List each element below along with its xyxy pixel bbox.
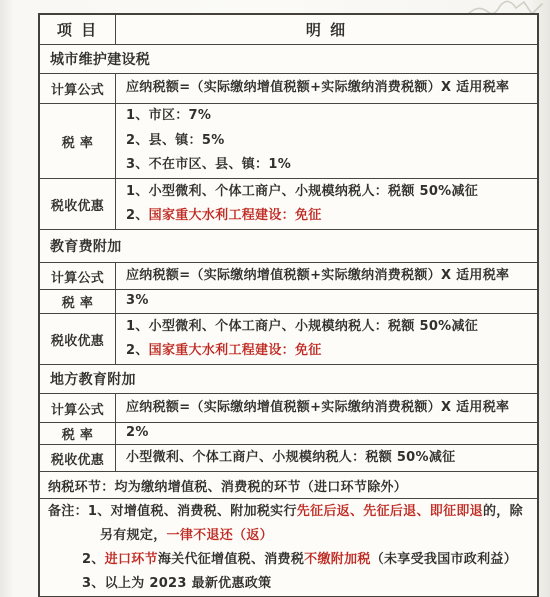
- rate-item: 3、不在市区、县、镇：1%: [126, 153, 529, 178]
- section-title-city-tax: 城市维护建设税: [40, 44, 537, 73]
- remark-line-1-continued: 另有规定，一律不退还（返）: [100, 524, 531, 548]
- rate-item: 1、市区：7%: [126, 104, 529, 129]
- text-segment: 2、: [82, 552, 105, 567]
- red-highlight-text: 国家重大水利工程建设：免征: [149, 208, 322, 223]
- rate-label: 税 率: [40, 104, 116, 178]
- formula-text: 应纳税额=（实际缴纳增值税额+实际缴纳消费税额）X 适用税率: [126, 264, 529, 289]
- remark-line-3: 3、以上为 2023 最新优惠政策: [82, 572, 531, 596]
- text-segment: 另有规定，: [100, 528, 167, 543]
- formula-label: 计算公式: [40, 74, 116, 103]
- red-highlight-text: 进口环节: [105, 552, 158, 567]
- text-segment: 1、: [88, 504, 111, 519]
- red-highlight-text: 不缴附加税: [304, 552, 371, 567]
- column-header-item: 项 目: [40, 15, 116, 44]
- edu-surcharge-rate-row: 税 率 3%: [40, 289, 537, 313]
- rate-value: 3%: [126, 289, 529, 314]
- incentive-item: 2、国家重大水利工程建设：免征: [126, 339, 529, 364]
- city-tax-incentive-row: 税收优惠 1、小型微利、个体工商户、小规模纳税人：税额 50%减征 2、国家重大…: [40, 178, 537, 229]
- rate-label: 税 率: [40, 423, 116, 444]
- local-edu-incentive-row: 税收优惠 小型微利、个体工商户、小规模纳税人：税额 50%减征: [40, 444, 537, 471]
- red-highlight-text: 先征后返、先征后退、即征即退: [297, 504, 483, 519]
- text-segment: （未享受我国市政利益）: [371, 552, 517, 567]
- formula-label: 计算公式: [40, 394, 116, 422]
- section-title-local-edu-surcharge: 地方教育附加: [40, 364, 537, 393]
- rate-value: 2%: [126, 421, 529, 446]
- incentive-item: 小型微利、个体工商户、小规模纳税人：税额 50%减征: [126, 446, 529, 471]
- rate-item: 2、县、镇：5%: [126, 129, 529, 154]
- formula-text: 应纳税额=（实际缴纳增值税额+实际缴纳消费税额）X 适用税率: [126, 76, 529, 101]
- text-segment: 的，除: [483, 504, 523, 519]
- tax-link-row: 纳税环节：均为缴纳增值税、消费税的环节（进口环节除外）: [40, 471, 537, 498]
- text-segment: 2、: [126, 208, 149, 223]
- incentive-label: 税收优惠: [40, 314, 116, 364]
- remarks-label: 备注：: [48, 504, 88, 519]
- red-highlight-text: 一律不退还（返）: [167, 528, 273, 543]
- city-tax-rate-row: 税 率 1、市区：7% 2、县、镇：5% 3、不在市区、县、镇：1%: [40, 103, 537, 178]
- formula-label: 计算公式: [40, 263, 116, 289]
- local-edu-formula-row: 计算公式 应纳税额=（实际缴纳增值税额+实际缴纳消费税额）X 适用税率: [40, 393, 537, 422]
- incentive-label: 税收优惠: [40, 179, 116, 229]
- text-segment: 对增值税、消费税、附加税实行: [111, 504, 297, 519]
- formula-text: 应纳税额=（实际缴纳增值税额+实际缴纳消费税额）X 适用税率: [126, 396, 529, 421]
- edu-surcharge-formula-row: 计算公式 应纳税额=（实际缴纳增值税额+实际缴纳消费税额）X 适用税率: [40, 262, 537, 289]
- incentive-label: 税收优惠: [40, 445, 116, 471]
- rate-label: 税 率: [40, 290, 116, 313]
- incentive-item: 2、国家重大水利工程建设：免征: [126, 204, 529, 229]
- incentive-item: 1、小型微利、个体工商户、小规模纳税人：税额 50%减征: [126, 180, 529, 205]
- table-header-row: 项 目 明 细: [40, 15, 537, 44]
- local-edu-rate-row: 税 率 2%: [40, 422, 537, 444]
- incentive-item: 1、小型微利、个体工商户、小规模纳税人：税额 50%减征: [126, 315, 529, 340]
- city-tax-formula-row: 计算公式 应纳税额=（实际缴纳增值税额+实际缴纳消费税额）X 适用税率: [40, 73, 537, 103]
- remark-line-2: 2、进口环节海关代征增值税、消费税不缴附加税（未享受我国市政利益）: [82, 548, 531, 572]
- red-highlight-text: 国家重大水利工程建设：免征: [149, 343, 322, 358]
- edu-surcharge-incentive-row: 税收优惠 1、小型微利、个体工商户、小规模纳税人：税额 50%减征 2、国家重大…: [40, 313, 537, 364]
- text-segment: 海关代征增值税、消费税: [158, 552, 304, 567]
- section-title-edu-surcharge: 教育费附加: [40, 229, 537, 262]
- column-header-detail: 明 细: [116, 15, 537, 44]
- remark-line-1: 备注：1、对增值税、消费税、附加税实行先征后返、先征后退、即征即退的，除: [48, 500, 531, 524]
- text-segment: 2、: [126, 343, 149, 358]
- tax-summary-table: 项 目 明 细 城市维护建设税 计算公式 应纳税额=（实际缴纳增值税额+实际缴纳…: [38, 13, 539, 597]
- remarks-row: 备注：1、对增值税、消费税、附加税实行先征后返、先征后退、即征即退的，除 另有规…: [40, 498, 537, 596]
